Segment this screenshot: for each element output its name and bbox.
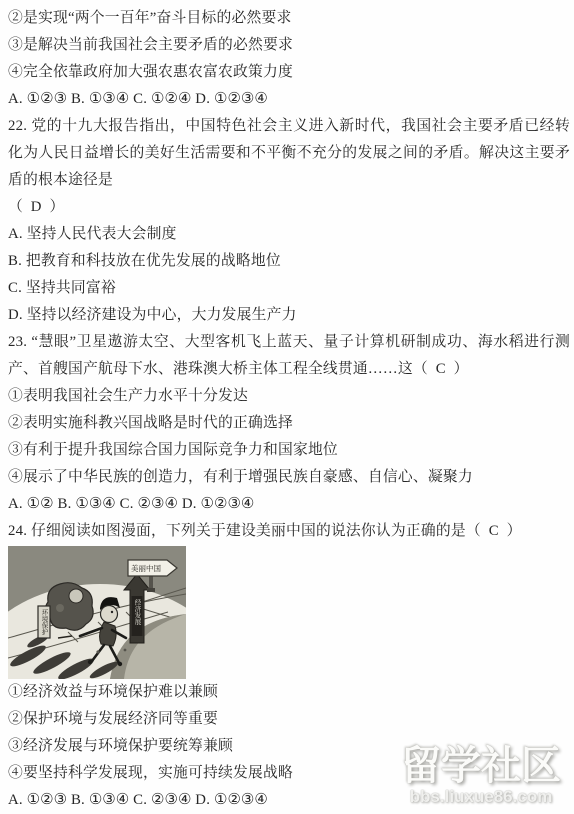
environment-placard-label: 环境保护: [41, 609, 48, 637]
q22-option-b: B. 把教育和科技放在优先发展的战略地位: [8, 248, 570, 275]
exam-question-text: ②是实现“两个一百年”奋斗目标的必然要求 ③是解决当前我国社会主要矛盾的必然要求…: [8, 5, 570, 814]
q23-item-4: ④展示了中华民族的创造力，有利于增强民族自豪感、自信心、凝聚力: [8, 464, 570, 491]
q21-option-4: ④完全依靠政府加大强农惠农富农政策力度: [8, 59, 570, 86]
q24-answer-row: A. ①②③ B. ①③④ C. ②③④ D. ①②③④: [8, 787, 570, 814]
cartoon-burden-bundle: [45, 583, 93, 631]
person-body: [100, 622, 117, 646]
q22-answer-mark: （ D ）: [8, 194, 570, 221]
q22-option-a: A. 坚持人民代表大会制度: [8, 221, 570, 248]
q21-answer-row: A. ①②③ B. ①③④ C. ①②④ D. ①②③④: [8, 86, 570, 113]
q24-item-2: ②保护环境与发展经济同等重要: [8, 706, 570, 733]
q22-option-c: C. 坚持共同富裕: [8, 275, 570, 302]
q23-item-3: ③有利于提升我国综合国力国际竞争力和国家地位: [8, 437, 570, 464]
beautiful-china-sign-label: 美丽中国: [131, 563, 161, 573]
exam-page: ②是实现“两个一百年”奋斗目标的必然要求 ③是解决当前我国社会主要矛盾的必然要求…: [0, 0, 574, 814]
cartoon-svg: 环境保护 经济发展 美丽中国: [8, 546, 186, 679]
q23-item-1: ①表明我国社会生产力水平十分发达: [8, 383, 570, 410]
q23-stem: 23. “慧眼”卫星遨游太空、大型客机飞上蓝天、量子计算机研制成功、海水稻进行测…: [8, 329, 570, 383]
q23-item-2: ②表明实施科教兴国战略是时代的正确选择: [8, 410, 570, 437]
q21-option-2: ②是实现“两个一百年”奋斗目标的必然要求: [8, 5, 570, 32]
q24-item-1: ①经济效益与环境保护难以兼顾: [8, 679, 570, 706]
economy-arrow-label: 经济发展: [134, 599, 141, 627]
q24-item-3: ③经济发展与环境保护要统筹兼顾: [8, 733, 570, 760]
q24-item-4: ④要坚持科学发展现，实施可持续发展战略: [8, 760, 570, 787]
sweat-drop: [124, 649, 127, 652]
sweat-drop: [96, 650, 99, 653]
q23-answer-row: A. ①② B. ①③④ C. ②③④ D. ①②③④: [8, 491, 570, 518]
person-head: [101, 606, 118, 623]
q24-cartoon-image: 环境保护 经济发展 美丽中国: [8, 546, 186, 679]
q22-stem: 22. 党的十九大报告指出，中国特色社会主义进入新时代，我国社会主要矛盾已经转化…: [8, 113, 570, 194]
q22-option-d: D. 坚持以经济建设为中心，大力发展生产力: [8, 302, 570, 329]
q24-stem: 24. 仔细阅读如图漫面，下列关于建设美丽中国的说法你认为正确的是（ C ）: [8, 518, 570, 545]
q21-option-3: ③是解决当前我国社会主要矛盾的必然要求: [8, 32, 570, 59]
